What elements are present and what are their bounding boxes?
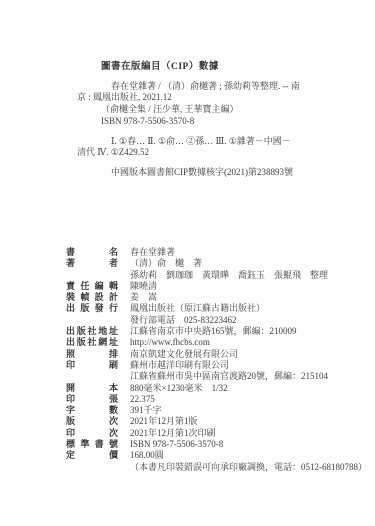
cip-record: 春在堂雜著 / （清）俞樾著 ; 孫幼莉等整理. -- 南京 : 鳳凰出版社, … (77, 81, 323, 179)
colophon-value: 發行部電話 025-83223462 (130, 315, 326, 326)
cip-heading: 圖書在版編目（CIP）數據 (77, 62, 323, 74)
colophon-row: （本書凡印裝錯誤可向承印廠調換，電話：0512-68180788） (66, 462, 326, 473)
colophon-label: 出版社地址 (66, 326, 118, 337)
colophon-row: 照排 南京凱建文化發展有限公司 (66, 349, 326, 360)
colophon-row: 發行部電話 025-83223462 (66, 315, 326, 326)
colophon-value: 391千字 (130, 405, 326, 416)
cip-line: Ⅰ. ①春… Ⅱ. ①俞… ②孫… Ⅲ. ①雜著－中國－ (77, 136, 323, 148)
colophon-rows: 書名 春在堂雜著 著者 （清）俞 樾 著 孫幼莉 劉珈珈 黃環曄 喬鈺玉 張鯤飛… (66, 247, 326, 473)
colophon-label: 書名 (66, 247, 118, 258)
colophon-row: 孫幼莉 劉珈珈 黃環曄 喬鈺玉 張鯤飛 整理 (66, 270, 326, 281)
colophon-row: 標準書號 ISBN 978-7-5506-3570-8 (66, 439, 326, 450)
colophon-label: 印張 (66, 394, 118, 405)
colophon-value: 江蘇省南京市中央路165號，郵編：210009 (130, 326, 326, 337)
colophon-label: 出版發行 (66, 303, 118, 314)
colophon-label: 印刷 (66, 360, 118, 371)
colophon-value: 蘇州市越洋印刷有限公司 (130, 360, 326, 371)
colophon-label: 出版社網址 (66, 337, 118, 348)
colophon-value: 江蘇省蘇州市吳中區南官渡路20號，郵編：215104 (130, 371, 328, 382)
colophon-label: 印次 (66, 428, 118, 439)
colophon-label: 責任編輯 (66, 281, 118, 292)
colophon-row: 江蘇省蘇州市吳中區南官渡路20號，郵編：215104 (66, 371, 326, 382)
cip-line: ISBN 978-7-5506-3570-8 (77, 116, 323, 128)
cip-line: （俞樾全集 / 汪少華, 王華寶主編） (77, 104, 323, 116)
colophon-value: ISBN 978-7-5506-3570-8 (130, 439, 326, 450)
colophon-row: 著者 （清）俞 樾 著 (66, 258, 326, 269)
cip-line: 清代 Ⅳ. ①Z429.52 (77, 147, 323, 159)
colophon-value: 姜 嵩 (130, 292, 326, 303)
colophon-value: 2021年12月第1次印刷 (130, 428, 326, 439)
colophon-row: 印張 22.375 (66, 394, 326, 405)
book-copyright-page: 圖書在版編目（CIP）數據 春在堂雜著 / （清）俞樾著 ; 孫幼莉等整理. -… (0, 0, 375, 526)
cip-line: 中國版本圖書館CIP數據核字(2021)第238893號 (77, 167, 323, 179)
colophon-value: 孫幼莉 劉珈珈 黃環曄 喬鈺玉 張鯤飛 整理 (130, 270, 328, 281)
cip-block: 圖書在版編目（CIP）數據 春在堂雜著 / （清）俞樾著 ; 孫幼莉等整理. -… (77, 62, 323, 179)
colophon-row: 版次 2021年12月第1版 (66, 416, 326, 427)
colophon-row: 出版社網址 http://www.fhcbs.com (66, 337, 326, 348)
colophon-label: 裝幀設計 (66, 292, 118, 303)
colophon-value: 南京凱建文化發展有限公司 (130, 349, 326, 360)
colophon-row: 定價 168.00圓 (66, 450, 326, 461)
colophon-row: 責任編輯 陳曉清 (66, 281, 326, 292)
colophon-value: 陳曉清 (130, 281, 326, 292)
colophon-value: 22.375 (130, 394, 326, 405)
colophon-value: （本書凡印裝錯誤可向承印廠調換，電話：0512-68180788） (130, 462, 367, 473)
colophon-label: 標準書號 (66, 439, 118, 450)
colophon-value: 鳳凰出版社（原江蘇古籍出版社） (130, 303, 326, 314)
colophon-value: 880毫米×1230毫米 1/32 (130, 383, 326, 394)
colophon-row: 出版社地址 江蘇省南京市中央路165號，郵編：210009 (66, 326, 326, 337)
colophon-value: http://www.fhcbs.com (130, 337, 326, 348)
colophon-row: 書名 春在堂雜著 (66, 247, 326, 258)
colophon-table: 書名 春在堂雜著 著者 （清）俞 樾 著 孫幼莉 劉珈珈 黃環曄 喬鈺玉 張鯤飛… (66, 247, 326, 473)
colophon-row: 印刷 蘇州市越洋印刷有限公司 (66, 360, 326, 371)
colophon-label: 開本 (66, 383, 118, 394)
colophon-row: 字數 391千字 (66, 405, 326, 416)
colophon-value: 春在堂雜著 (130, 247, 326, 258)
colophon-value: （清）俞 樾 著 (130, 258, 326, 269)
colophon-label: 版次 (66, 416, 118, 427)
colophon-row: 裝幀設計 姜 嵩 (66, 292, 326, 303)
colophon-row: 印次 2021年12月第1次印刷 (66, 428, 326, 439)
colophon-row: 出版發行 鳳凰出版社（原江蘇古籍出版社） (66, 303, 326, 314)
colophon-value: 168.00圓 (130, 450, 326, 461)
cip-line: 京 : 鳳凰出版社, 2021.12 (77, 92, 323, 104)
colophon-label: 照排 (66, 349, 118, 360)
colophon-label: 字數 (66, 405, 118, 416)
colophon-label: 著者 (66, 258, 118, 269)
colophon-row: 開本 880毫米×1230毫米 1/32 (66, 383, 326, 394)
cip-line: 春在堂雜著 / （清）俞樾著 ; 孫幼莉等整理. -- 南 (77, 81, 323, 93)
colophon-label: 定價 (66, 450, 118, 461)
colophon-value: 2021年12月第1版 (130, 416, 326, 427)
